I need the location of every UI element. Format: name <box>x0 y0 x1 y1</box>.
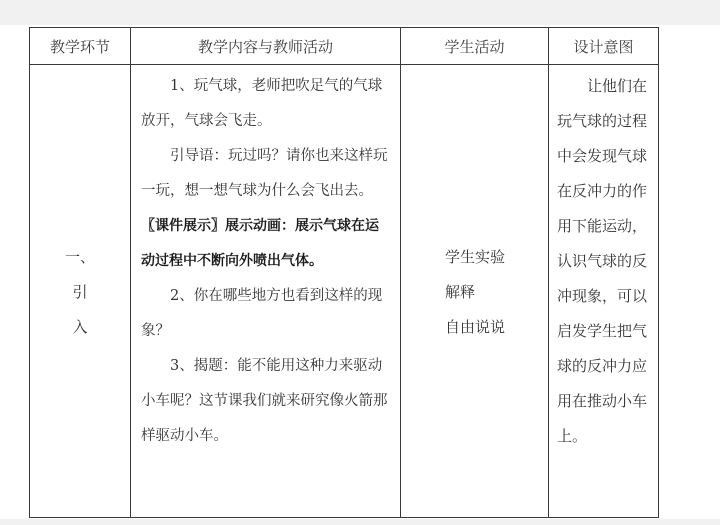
top-margin-band <box>0 0 720 25</box>
stage-cell: 一、 引 入 <box>30 65 131 518</box>
design-intent-cell: 让他们在玩气球的过程中会发现气球在反冲力的作用下能运动，认识气球的反冲现象，可以… <box>549 65 659 518</box>
lesson-plan-table: 教学环节 教学内容与教师活动 学生活动 设计意图 一、 引 入 1、玩气球，老师… <box>29 27 659 518</box>
header-student-activity: 学生活动 <box>401 28 549 65</box>
courseware-display-paragraph: 〖课件展示〗展示动画：展示气球在运动过程中不断向外喷出气体。 <box>141 209 392 279</box>
header-stage: 教学环节 <box>30 28 131 65</box>
header-design-intent: 设计意图 <box>549 28 659 65</box>
design-intent-text: 让他们在玩气球的过程中会发现气球在反冲力的作用下能运动，认识气球的反冲现象，可以… <box>557 69 654 454</box>
bottom-margin-band <box>0 519 720 525</box>
table-row: 一、 引 入 1、玩气球，老师把吹足气的气球放开，气球会飞走。 引导语：玩过吗？… <box>30 65 659 518</box>
stage-line: 一、 <box>30 240 130 275</box>
student-activity-item: 学生实验 <box>445 240 548 275</box>
student-activity-cell: 学生实验 解释 自由说说 <box>401 65 549 518</box>
student-activity-item: 解释 <box>445 275 548 310</box>
header-row: 教学环节 教学内容与教师活动 学生活动 设计意图 <box>30 28 659 65</box>
content-paragraph: 1、玩气球，老师把吹足气的气球放开，气球会飞走。 <box>141 69 392 139</box>
content-paragraph: 2、你在哪些地方也看到这样的现象？ <box>141 279 392 349</box>
content-paragraph: 引导语：玩过吗？请你也来这样玩一玩，想一想气球为什么会飞出去。 <box>141 139 392 209</box>
content-cell: 1、玩气球，老师把吹足气的气球放开，气球会飞走。 引导语：玩过吗？请你也来这样玩… <box>131 65 401 518</box>
header-content: 教学内容与教师活动 <box>131 28 401 65</box>
stage-line: 引 <box>30 275 130 310</box>
student-activity-item: 自由说说 <box>445 310 548 345</box>
stage-line: 入 <box>30 310 130 345</box>
content-paragraph: 3、揭题：能不能用这种力来驱动小车呢？这节课我们就来研究像火箭那样驱动小车。 <box>141 349 392 454</box>
